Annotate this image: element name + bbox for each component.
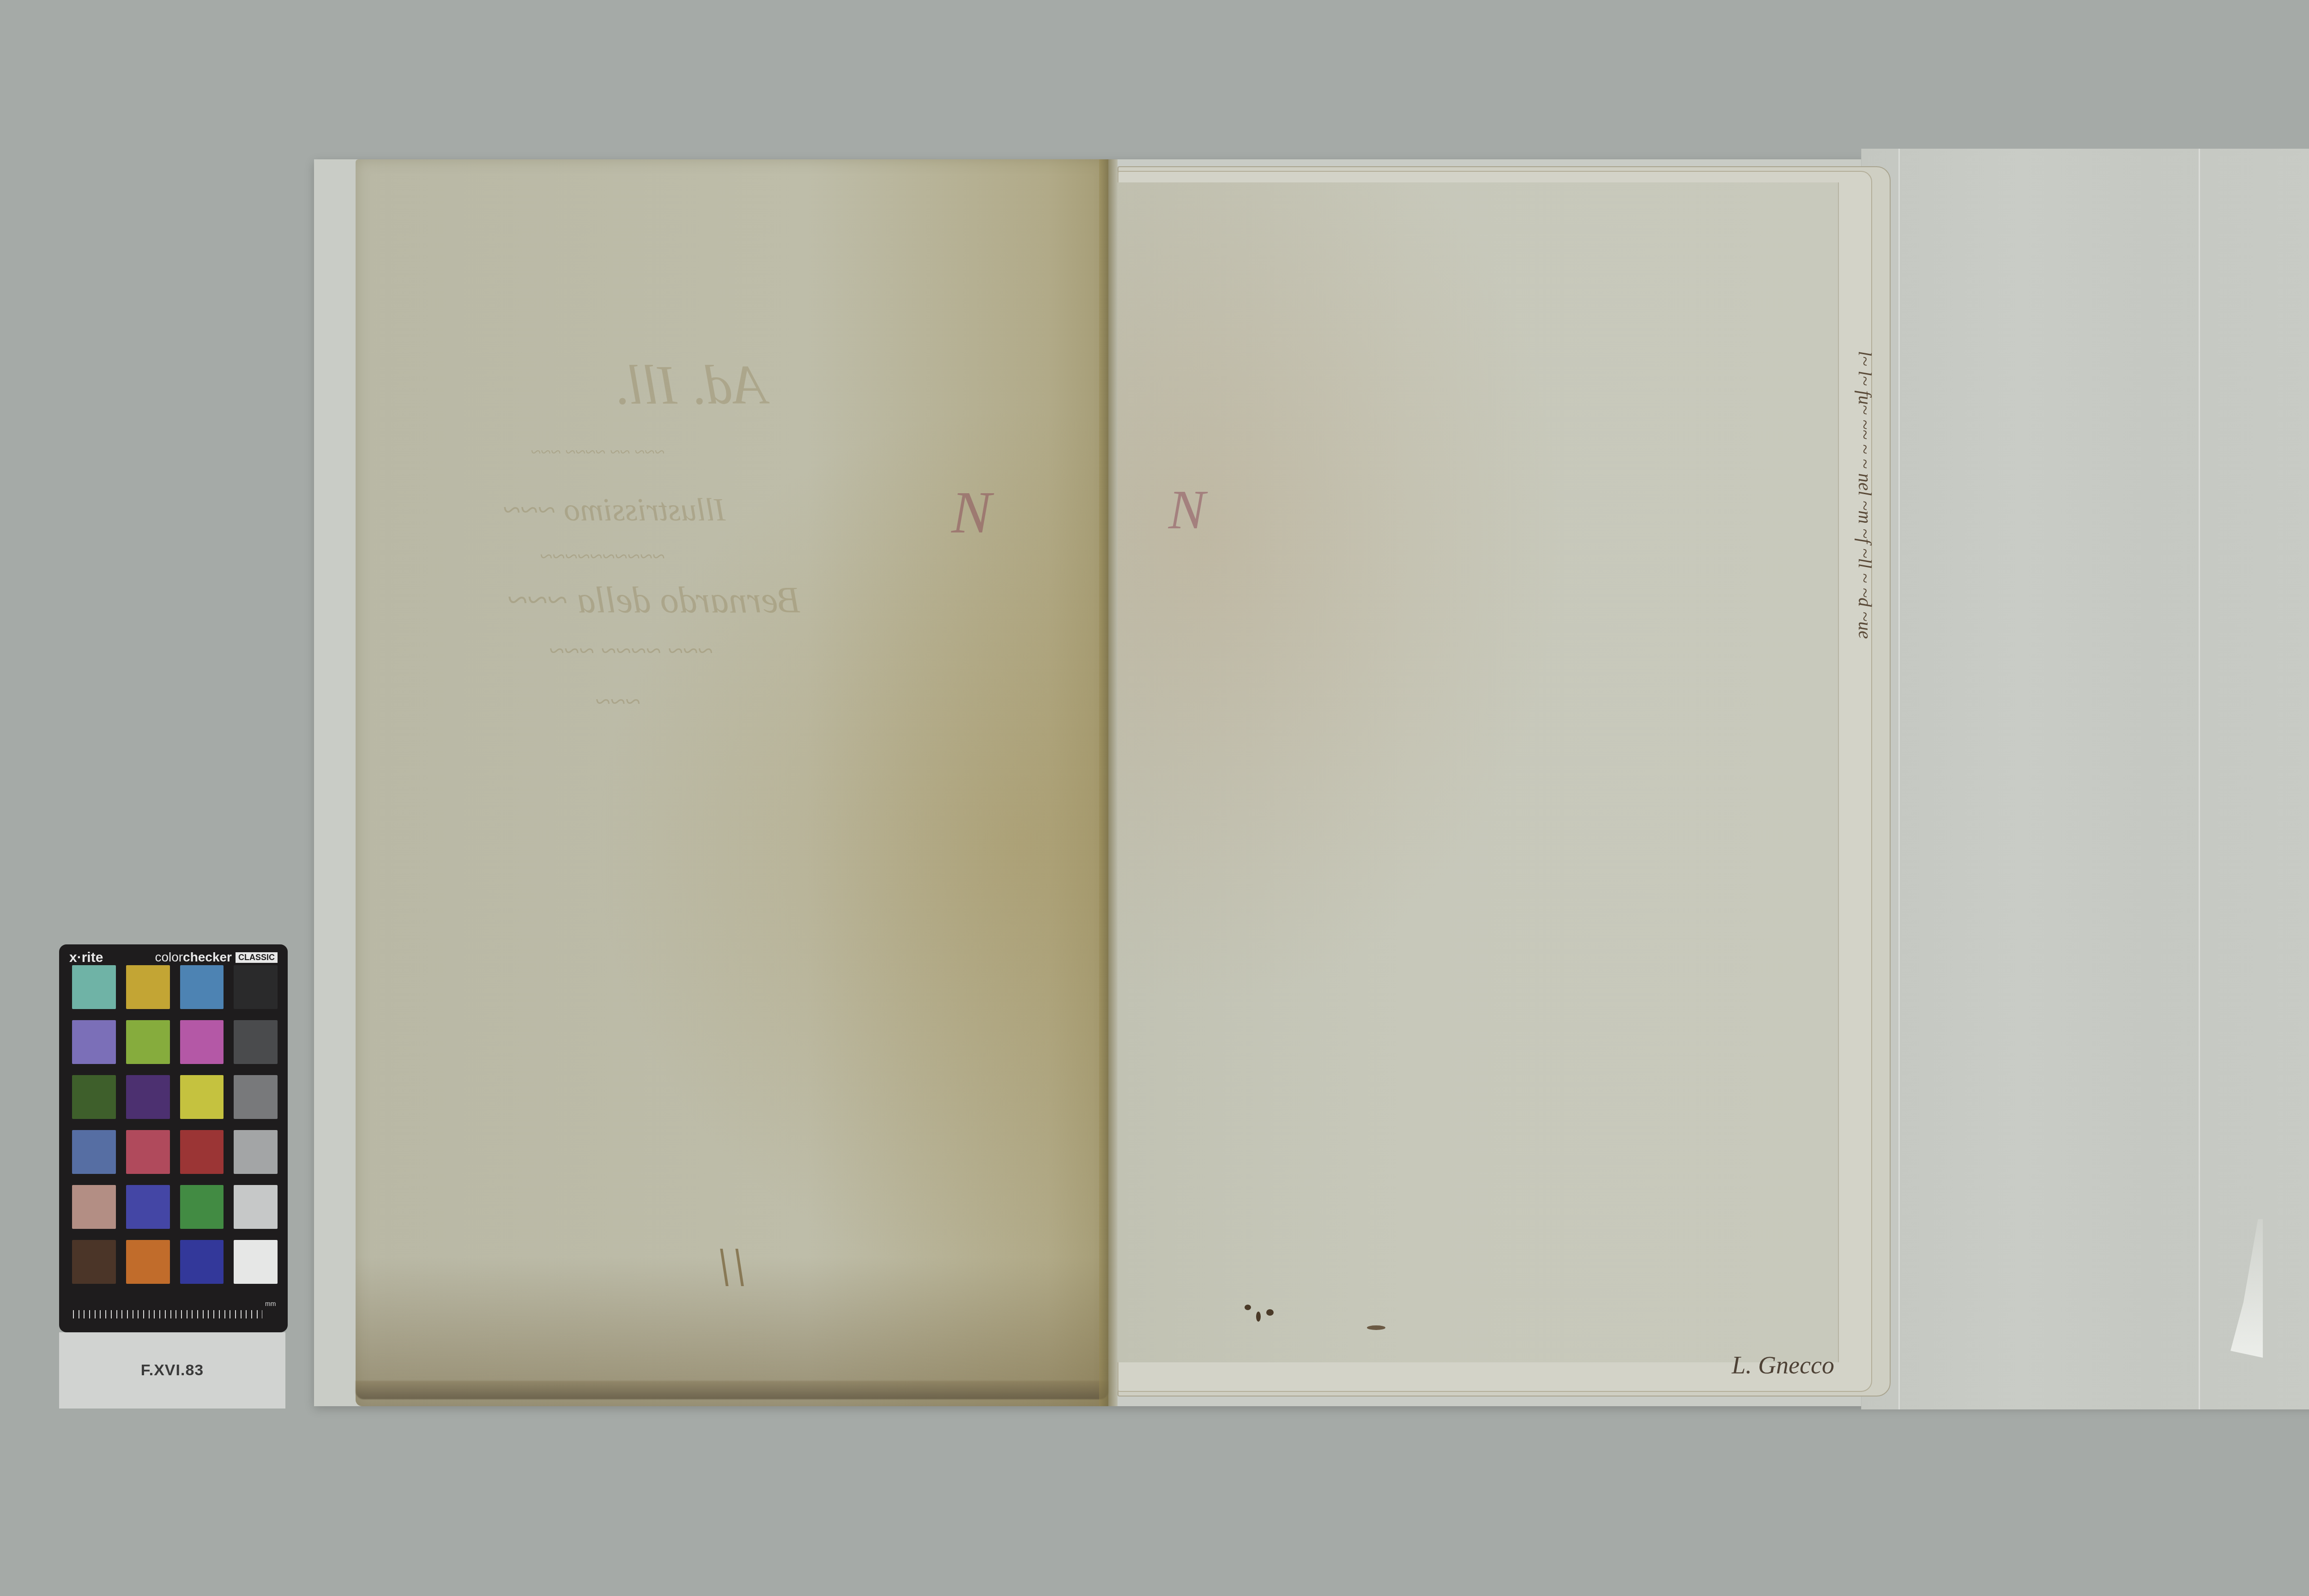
color-checker-card: x·rite colorchecker CLASSIC mm (59, 944, 288, 1332)
showthrough-text: Illustrissimo ~~~ (503, 492, 725, 529)
left-page: Ad. Ill. ~~~ ~~ ~~~~ ~~~ Illustrissimo ~… (356, 159, 1108, 1406)
color-patch-grid (72, 965, 278, 1284)
sleeve-fold (2199, 149, 2200, 1409)
color-patch (72, 1130, 116, 1174)
ink-spot (1256, 1312, 1261, 1322)
red-ink-mark: N (1168, 478, 1205, 542)
red-ink-mark: N (951, 478, 991, 547)
sleeve-fold (1898, 149, 1900, 1409)
color-patch (234, 1075, 278, 1119)
color-patch (234, 1185, 278, 1229)
color-patch (180, 965, 224, 1009)
shelfmark-text: F.XVI.83 (141, 1361, 204, 1379)
showthrough-text: Ad. Ill. (614, 353, 767, 417)
color-patch (234, 1240, 278, 1284)
xrite-logo: x·rite (69, 950, 103, 966)
color-patch (234, 1130, 278, 1174)
colorchecker-title: colorchecker CLASSIC (155, 950, 278, 965)
worn-bottom-edge (356, 1381, 1108, 1399)
color-patch (180, 1020, 224, 1064)
color-patch (234, 1020, 278, 1064)
color-patch (180, 1185, 224, 1229)
signature: L. Gnecco (1732, 1351, 1834, 1379)
right-page: N (1118, 182, 1839, 1362)
shelfmark-label: F.XVI.83 (59, 1332, 285, 1409)
classic-badge: CLASSIC (236, 952, 278, 963)
color-patch (126, 1185, 170, 1229)
color-patch (72, 1185, 116, 1229)
ruler-unit: mm (265, 1300, 276, 1307)
color-patch (126, 1240, 170, 1284)
mm-ruler (73, 1300, 262, 1318)
color-patch (72, 1075, 116, 1119)
ink-spot (1266, 1309, 1274, 1316)
color-patch (180, 1130, 224, 1174)
ink-spot (1367, 1325, 1385, 1330)
color-patch (234, 965, 278, 1009)
ink-spot (1245, 1305, 1251, 1310)
color-patch (72, 965, 116, 1009)
showthrough-text: ~~~~~~~~~~ (540, 543, 665, 569)
color-patch (180, 1240, 224, 1284)
color-patch (126, 1020, 170, 1064)
color-patch (72, 1240, 116, 1284)
title-bold: checker (183, 950, 232, 964)
color-patch (126, 1130, 170, 1174)
title-light: color (155, 950, 183, 964)
color-patch (126, 965, 170, 1009)
showthrough-text: ~~~ ~~~~ ~~~ (550, 635, 713, 667)
color-patch (72, 1020, 116, 1064)
folio-mark: \\ (716, 1235, 747, 1299)
color-patch (126, 1075, 170, 1119)
showthrough-text: ~~~ ~~ ~~~~ ~~~ (531, 441, 665, 463)
edge-handwriting: l~ l~ fu~ ~~ ~ ~ nel ~m ~f ~ll ~ ~d ~ue (1854, 351, 1876, 1275)
protective-sleeve (1861, 149, 2309, 1409)
gutter-stain (1099, 159, 1118, 1406)
showthrough-text: Bernardo della ~~~ (508, 580, 800, 622)
showthrough-text: ~~~ (596, 686, 641, 718)
color-patch (180, 1075, 224, 1119)
